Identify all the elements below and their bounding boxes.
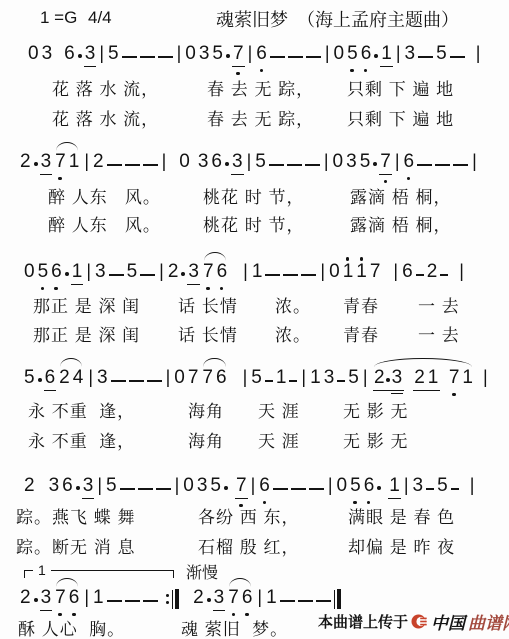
duration-dash xyxy=(288,56,303,58)
note-digit: 6 xyxy=(364,475,375,497)
note-digit: 5 xyxy=(210,475,221,497)
beam-group: 23 xyxy=(373,367,404,389)
dotted-note-dot xyxy=(207,598,211,602)
spacer xyxy=(443,382,446,383)
beam-line xyxy=(71,284,84,286)
note-digit: 0 xyxy=(28,43,39,65)
duration-dash xyxy=(265,274,280,276)
octave-dot-below xyxy=(260,69,264,73)
note-digit: 7 xyxy=(55,151,66,173)
lyric-segment: 无 影 无 xyxy=(343,397,408,422)
duration-dash xyxy=(283,274,298,276)
barline: | xyxy=(362,366,369,388)
note-digit: 7 xyxy=(55,587,66,609)
duration-dash xyxy=(440,274,448,276)
repeat-dot xyxy=(166,601,169,604)
note-digit: 5 xyxy=(251,367,262,389)
note-digit: 3 xyxy=(188,261,199,283)
note-digit: 7 xyxy=(228,587,239,609)
duration-dash xyxy=(156,488,171,490)
lyric-segment: 踪。燕飞 蝶 舞 xyxy=(16,503,135,528)
note-digit: 6 xyxy=(62,475,73,497)
lyric-segment: 却偏 是 昨 夜 xyxy=(348,533,455,558)
note-digit: 5 xyxy=(24,367,35,389)
lyric-segment: 天 涯 xyxy=(258,397,300,422)
lyric-segment: 只剩 下 遍 地 xyxy=(347,75,454,100)
lyric-segment: 露滴 梧 桐， xyxy=(350,211,451,236)
time-signature: 4/4 xyxy=(88,8,112,28)
beam-line xyxy=(379,174,392,176)
note-digit: 5 xyxy=(38,261,49,283)
barline: | xyxy=(161,150,168,172)
dotted-note-dot xyxy=(38,378,42,382)
thick-bar xyxy=(175,589,179,609)
lyric-segment: 花 落 水 流， xyxy=(52,75,159,100)
duration-dash xyxy=(417,164,432,166)
note-digit: 6 xyxy=(404,151,415,173)
lyric-line: 永 不重 逢，海角天 涯无 影 无 xyxy=(0,427,509,449)
note-digit: 7 xyxy=(203,261,214,283)
lyric-segment: 海角 xyxy=(188,397,224,422)
note-digit: 3 xyxy=(214,587,225,609)
duration-dash xyxy=(309,488,324,490)
note-digit: 5 xyxy=(437,475,448,497)
note-digit: 3 xyxy=(41,151,52,173)
note-digit: 3 xyxy=(42,43,53,65)
note-digit: 2 xyxy=(59,367,70,389)
barline: | xyxy=(83,150,90,172)
dotted-note-dot xyxy=(374,54,378,58)
sheet-music-page: 1 =G 4/4 魂萦旧梦 （海上孟府主题曲） 0363|5|0357|6|05… xyxy=(0,0,509,639)
duration-dash xyxy=(111,380,126,382)
duration-dash xyxy=(122,56,137,58)
lyric-line: 那正 是 深 闺话 长情浓。青春一 去 xyxy=(0,321,509,343)
spacer xyxy=(462,490,466,491)
slur-arc xyxy=(60,358,82,367)
duration-dash xyxy=(450,56,465,58)
barline: | xyxy=(300,366,307,388)
slur-group: 76 xyxy=(227,587,253,609)
note-digit: 2 xyxy=(93,151,104,173)
octave-dot-above xyxy=(360,257,364,261)
lyric-segment: 桃花 时 节， xyxy=(203,183,304,208)
barline: | xyxy=(246,150,253,172)
note-digit: 7 xyxy=(233,43,244,65)
lyric-segment: 一 去 xyxy=(418,321,460,346)
lyric-segment: 青春 xyxy=(343,292,379,317)
note-digit: 0 xyxy=(183,475,194,497)
note-digit: 0 xyxy=(337,475,348,497)
barline: | xyxy=(247,42,254,64)
lyric-line: 醉 人东 风。桃花 时 节，露滴 梧 桐， xyxy=(0,183,509,205)
lyric-segment: 踪。断无 消 息 xyxy=(16,533,135,558)
spacer xyxy=(170,166,176,167)
duration-dash xyxy=(280,600,295,602)
barline: | xyxy=(471,150,478,172)
slur-group: 76 xyxy=(201,367,227,389)
key-signature: 1 =G xyxy=(40,8,77,28)
song-subtitle: （海上孟府主题曲） xyxy=(297,6,459,32)
note-digit: 2 xyxy=(193,587,204,609)
slur-arc xyxy=(56,142,78,151)
note-digit: 5 xyxy=(348,367,359,389)
note-digit: 2 xyxy=(20,151,31,173)
dotted-note-dot xyxy=(34,162,38,166)
lyric-line: 踪。断无 消 息石榴 殷 红，却偏 是 昨 夜 xyxy=(0,533,509,555)
lyric-segment: 永 不重 逢， xyxy=(28,397,135,422)
duration-dash xyxy=(129,380,144,382)
barline: | xyxy=(87,366,94,388)
duration-dash xyxy=(316,600,331,602)
barline: | xyxy=(176,42,183,64)
barline: | xyxy=(158,260,165,282)
duration-dash xyxy=(147,380,162,382)
note-digit: 3 xyxy=(97,367,108,389)
octave-dot-below xyxy=(54,287,58,291)
thin-bar xyxy=(172,590,174,609)
note-digit: 4 xyxy=(73,367,84,389)
beam-line xyxy=(40,610,53,612)
note-digit: 3 xyxy=(197,475,208,497)
beam-line xyxy=(40,174,53,176)
duration-dash xyxy=(301,274,316,276)
barline: | xyxy=(323,150,330,172)
duration-dash xyxy=(143,600,158,602)
dotted-note-dot xyxy=(181,272,185,276)
lyric-segment: 浓。 xyxy=(275,292,311,317)
duration-dash xyxy=(109,274,124,276)
lyric-line: 踪。燕飞 蝶 舞各纷 西 东，满眼 是 春 色 xyxy=(0,503,509,525)
note-digit: 5 xyxy=(106,475,117,497)
octave-dot-above xyxy=(346,257,350,261)
lyric-segment: 无 影 无 xyxy=(343,427,408,452)
beam-line xyxy=(235,498,248,500)
duration-dash xyxy=(269,164,284,166)
duration-dash xyxy=(125,600,140,602)
slur-group: 232171 xyxy=(372,367,474,389)
note-digit: 2 xyxy=(373,367,387,389)
duration-dash xyxy=(107,600,122,602)
note-digit: 1 xyxy=(252,261,263,283)
note-digit: 1 xyxy=(93,587,104,609)
note-digit: 1 xyxy=(276,367,287,389)
note-digit: 6 xyxy=(259,475,270,497)
spacer xyxy=(231,382,239,383)
barline: | xyxy=(98,42,105,64)
beam-line-2 xyxy=(391,393,403,395)
note-digit: 7 xyxy=(202,367,213,389)
lyric-segment: 各纷 西 东， xyxy=(198,503,299,528)
lyric-line: 醉 人东 风。桃花 时 节，露滴 梧 桐， xyxy=(0,211,509,233)
note-digit: 6 xyxy=(256,43,267,65)
duration-dash xyxy=(306,56,321,58)
slur-arc xyxy=(229,578,251,587)
duration-dash xyxy=(270,56,285,58)
note-digit: 6 xyxy=(361,43,372,65)
note-digit: 0 xyxy=(174,367,185,389)
dotted-note-dot xyxy=(76,486,80,490)
lyric-segment: 浓。 xyxy=(275,321,311,346)
lyric-segment: 春 去 无 踪， xyxy=(207,75,314,100)
barline: | xyxy=(403,474,410,496)
barline: | xyxy=(395,42,402,64)
note-digit: 7 xyxy=(236,475,247,497)
dotted-note-dot xyxy=(224,486,228,490)
lyric-segment: 一 去 xyxy=(418,292,460,317)
spacer xyxy=(468,58,472,59)
dotted-note-dot xyxy=(78,54,82,58)
note-digit: 7 xyxy=(380,151,391,173)
note-digit: 3 xyxy=(405,43,416,65)
notation-line: 2376|12376|1 xyxy=(20,586,341,610)
beam-line xyxy=(44,390,57,392)
thick-bar xyxy=(337,589,341,609)
spacer xyxy=(193,166,195,167)
beam-line xyxy=(373,390,404,392)
lyric-segment: 那正 是 深 闺 xyxy=(33,292,140,317)
note-digit: 6 xyxy=(45,367,56,389)
slur-group: 24 xyxy=(58,367,84,389)
octave-dot-below xyxy=(58,177,62,181)
beam-line xyxy=(82,498,95,500)
note-digit: 1 xyxy=(266,587,277,609)
lyric-line: 那正 是 深 闺话 长情浓。青春一 去 xyxy=(0,292,509,314)
note-digit: 5 xyxy=(108,43,119,65)
note-digit: 1 xyxy=(426,367,440,389)
note-digit: 1 xyxy=(356,261,367,283)
duration-dash xyxy=(140,274,155,276)
song-title: 魂萦旧梦 xyxy=(216,6,288,32)
beam-line xyxy=(413,390,440,392)
lyric-segment: 春 去 无 踪， xyxy=(207,105,314,130)
spacer xyxy=(231,276,239,277)
note-digit: 3 xyxy=(49,475,60,497)
beam-line xyxy=(84,66,97,68)
lyric-segment: 天 涯 xyxy=(258,427,300,452)
note-digit: 6 xyxy=(211,151,222,173)
note-digit: 2 xyxy=(413,367,427,389)
spacer xyxy=(407,382,410,383)
lyric-segment: 醉 人东 风。 xyxy=(48,211,161,236)
duration-dash xyxy=(418,56,433,58)
lyric-segment: 满眼 是 春 色 xyxy=(348,503,455,528)
barline: | xyxy=(242,260,249,282)
note-digit: 5 xyxy=(255,151,266,173)
duration-dash xyxy=(298,600,313,602)
dotted-note-dot xyxy=(225,162,229,166)
duration-dash xyxy=(158,56,173,58)
barline: | xyxy=(475,42,482,64)
note-digit: 7 xyxy=(188,367,199,389)
note-digit: 2 xyxy=(168,261,179,283)
note-digit: 6 xyxy=(217,261,228,283)
spacer xyxy=(451,276,455,277)
spacer xyxy=(383,276,389,277)
final-barline xyxy=(334,588,342,610)
duration-dash xyxy=(337,380,345,382)
duration-dash xyxy=(416,274,424,276)
barline: | xyxy=(83,586,90,608)
note-digit: 3 xyxy=(199,43,210,65)
note-digit: 6 xyxy=(216,367,227,389)
duration-dash xyxy=(287,164,302,166)
note-digit: 1 xyxy=(69,151,80,173)
note-digit: 3 xyxy=(83,475,94,497)
slur-arc xyxy=(374,358,472,367)
barline: | xyxy=(96,474,103,496)
spacer xyxy=(38,490,46,491)
lyric-segment: 话 长情 xyxy=(178,292,238,317)
thin-bar xyxy=(334,590,336,609)
note-digit: 0 xyxy=(185,43,196,65)
dotted-note-dot xyxy=(377,486,381,490)
slur-group: 76 xyxy=(54,587,80,609)
duration-dash xyxy=(107,164,122,166)
note-digit: 1 xyxy=(381,43,392,65)
site-name-colored: 曲谱网 xyxy=(468,609,509,634)
duration-dash xyxy=(426,488,434,490)
lyric-segment: 花 落 水 流， xyxy=(52,105,159,130)
spacer xyxy=(182,602,190,603)
note-digit: 2 xyxy=(24,475,35,497)
octave-dot-below xyxy=(350,69,354,73)
note-digit: 0 xyxy=(24,261,35,283)
lyric-line: 花 落 水 流，春 去 无 踪，只剩 下 遍 地 xyxy=(0,105,509,127)
title-block: 魂萦旧梦 （海上孟府主题曲） xyxy=(216,6,459,32)
lyric-segment: 露滴 梧 桐， xyxy=(350,183,451,208)
barline: | xyxy=(256,586,263,608)
dotted-note-dot xyxy=(226,54,230,58)
note-digit: 6 xyxy=(64,43,75,65)
octave-dot-below xyxy=(41,287,45,291)
repeat-dots xyxy=(166,594,169,604)
note-digit: 7 xyxy=(370,261,381,283)
note-digit: 1 xyxy=(389,475,400,497)
repeat-dot xyxy=(166,594,169,597)
note-digit: 6 xyxy=(402,261,413,283)
note-digit: 3 xyxy=(413,475,424,497)
octave-dot-below xyxy=(220,287,224,291)
duration-dash xyxy=(435,164,450,166)
beam-group: 21 xyxy=(413,367,440,389)
note-digit: 3 xyxy=(232,151,243,173)
spacer xyxy=(477,382,479,383)
slur-group: 71 xyxy=(54,151,80,173)
barline: | xyxy=(324,42,331,64)
barline: | xyxy=(174,474,181,496)
note-digit: 3 xyxy=(324,367,335,389)
duration-dash xyxy=(453,164,468,166)
duration-dash xyxy=(291,488,306,490)
duration-dash xyxy=(451,488,459,490)
credit-text: 本曲谱上传于 xyxy=(318,611,408,632)
duration-dash xyxy=(138,488,153,490)
spacer xyxy=(231,490,233,491)
note-digit: 3 xyxy=(85,43,96,65)
duration-dash xyxy=(265,380,273,382)
notation-line: 0363|5|0357|6|0561|35| xyxy=(28,42,481,66)
note-digit: 5 xyxy=(436,43,447,65)
note-digit: 3 xyxy=(390,367,404,389)
lyric-segment: 醉 人东 风。 xyxy=(48,183,161,208)
note-digit: 3 xyxy=(41,587,52,609)
barline: | xyxy=(469,474,476,496)
octave-dot-below xyxy=(452,393,456,397)
beam-line xyxy=(231,174,244,176)
barline: | xyxy=(327,474,334,496)
notation-line: 2363|5|0357|6|0561|35| xyxy=(24,474,475,498)
note-digit: 0 xyxy=(334,43,345,65)
volta-number: 1 xyxy=(33,562,51,578)
note-digit: 0 xyxy=(329,261,340,283)
slur-arc xyxy=(203,358,225,367)
footer-watermark: 本曲谱上传于 中国 曲谱网 xyxy=(318,609,509,634)
note-digit: 5 xyxy=(350,475,361,497)
barline: | xyxy=(165,366,172,388)
dotted-note-dot xyxy=(373,162,377,166)
octave-dot-below xyxy=(407,177,411,181)
duration-dash xyxy=(143,164,158,166)
note-digit: 6 xyxy=(242,587,253,609)
barline: | xyxy=(392,260,399,282)
lyric-segment: 桃花 时 节， xyxy=(203,211,304,236)
lyric-segment: 海角 xyxy=(188,427,224,452)
duration-dash xyxy=(273,488,288,490)
note-digit: 3 xyxy=(198,151,209,173)
duration-dash xyxy=(120,488,135,490)
spacer xyxy=(161,602,163,603)
notation-line: 5624|3|0776|51|135|232171| xyxy=(24,366,489,390)
lyric-segment: 那正 是 深 闺 xyxy=(33,321,140,346)
repeat-barline xyxy=(166,588,180,610)
tempo-marking: 渐慢 xyxy=(186,560,218,583)
barline: | xyxy=(85,260,92,282)
notation-line: 2371|2|0363|5|0357|6| xyxy=(20,150,478,174)
beam-line xyxy=(187,284,200,286)
note-digit: 0 xyxy=(333,151,344,173)
slur-group: 76 xyxy=(202,261,228,283)
note-digit: 0 xyxy=(179,151,190,173)
note-digit: 2 xyxy=(20,587,31,609)
duration-dash xyxy=(305,164,320,166)
duration-dash xyxy=(140,56,155,58)
barline: | xyxy=(394,150,401,172)
note-digit: 1 xyxy=(462,367,473,389)
lyric-line: 花 落 水 流，春 去 无 踪，只剩 下 遍 地 xyxy=(0,75,509,97)
spacer xyxy=(55,58,61,59)
beam-line xyxy=(380,66,393,68)
note-digit: 5 xyxy=(127,261,138,283)
spacer xyxy=(384,490,386,491)
duration-dash xyxy=(289,380,297,382)
barline: | xyxy=(242,366,249,388)
note-digit: 1 xyxy=(72,261,83,283)
lyric-segment: 永 不重 逢， xyxy=(28,427,135,452)
note-digit: 2 xyxy=(427,261,438,283)
barline: | xyxy=(319,260,326,282)
note-digit: 1 xyxy=(310,367,321,389)
dotted-note-dot xyxy=(34,598,38,602)
lyric-segment: 魂 萦旧 梦。 xyxy=(181,615,288,639)
lyric-segment: 话 长情 xyxy=(178,321,238,346)
dotted-note-dot xyxy=(65,272,69,276)
beam-line xyxy=(388,498,401,500)
site-logo-icon xyxy=(411,613,428,630)
octave-dot-below xyxy=(364,69,368,73)
lyric-segment: 只剩 下 遍 地 xyxy=(347,105,454,130)
octave-dot-below xyxy=(206,287,210,291)
barline: | xyxy=(482,366,489,388)
